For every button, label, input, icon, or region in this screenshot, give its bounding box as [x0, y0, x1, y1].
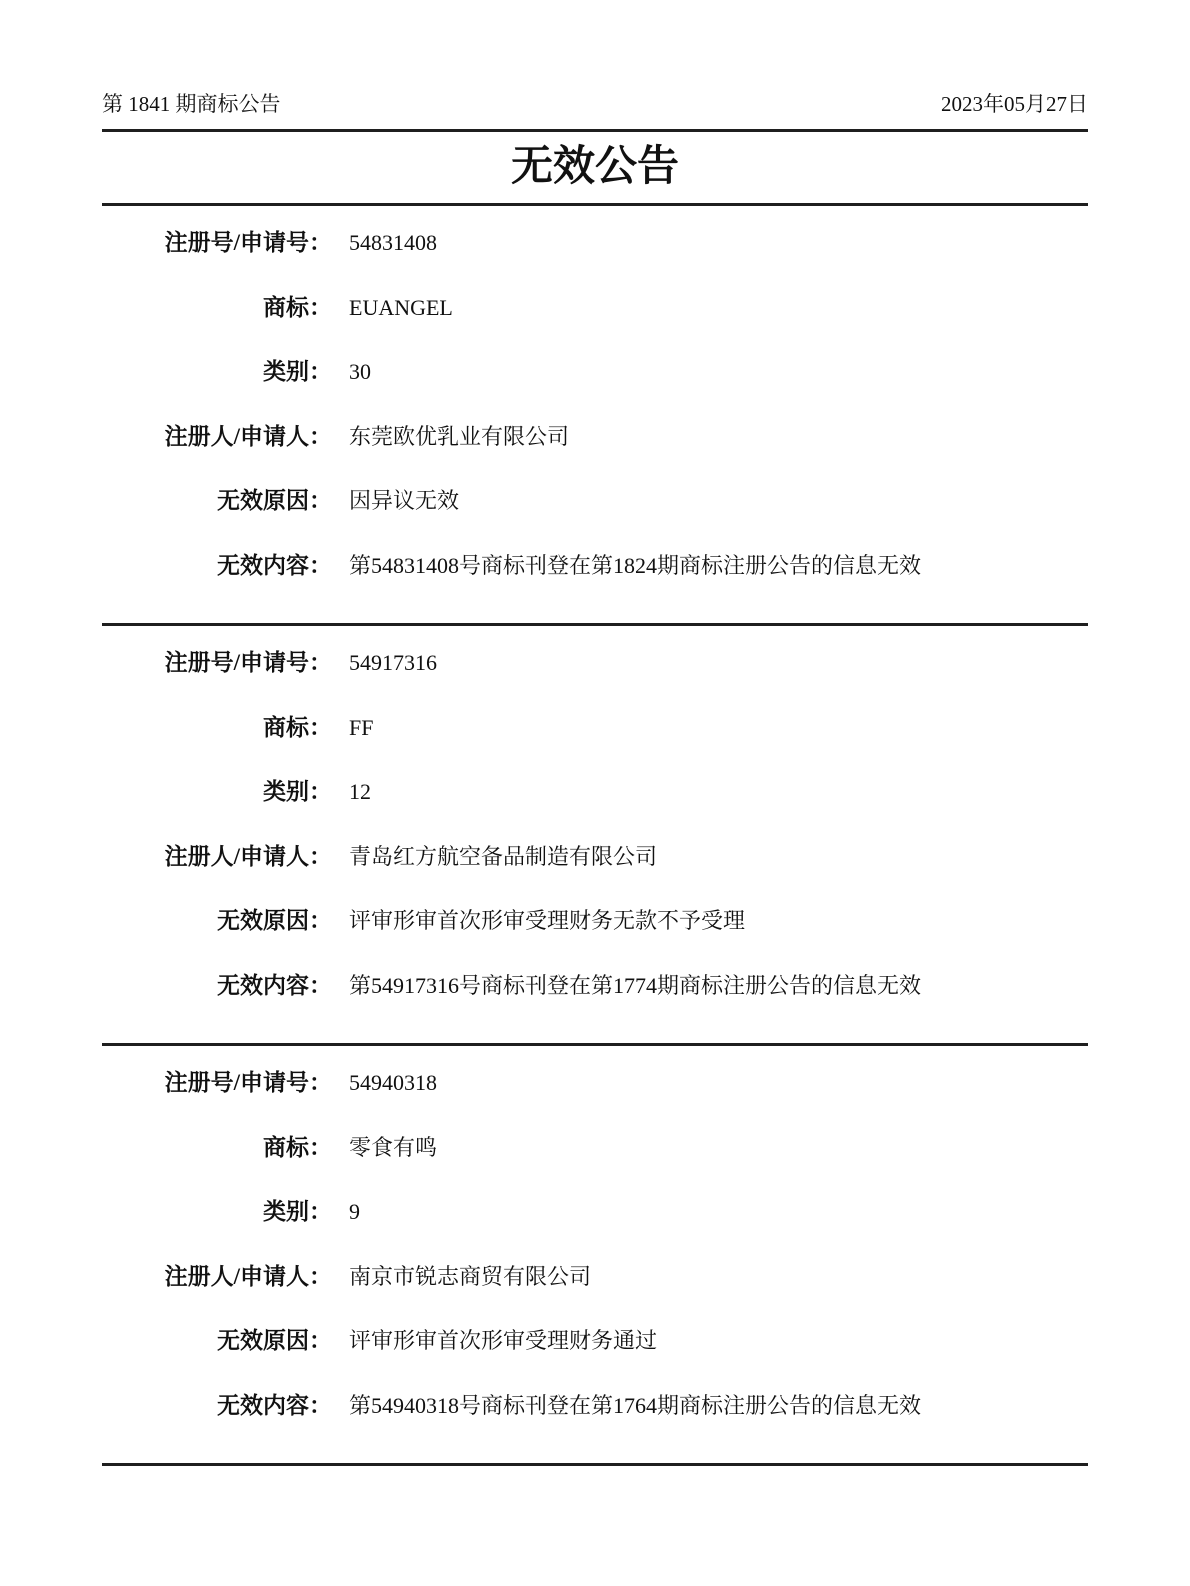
field-value-category: 12 — [349, 777, 371, 807]
issue-number: 第 1841 期商标公告 — [102, 90, 281, 118]
field-value-registrant: 南京市锐志商贸有限公司 — [349, 1262, 591, 1292]
publication-date: 2023年05月27日 — [941, 90, 1088, 118]
field-row-registrant: 注册人/申请人： 东莞欧优乳业有限公司 — [102, 422, 1088, 487]
field-value-content: 第54917316号商标刊登在第1774期商标注册公告的信息无效 — [349, 971, 921, 1001]
invalidation-record: 注册号/申请号： 54831408 商标： EUANGEL 类别： 30 注册人… — [102, 206, 1088, 615]
field-row-content: 无效内容： 第54831408号商标刊登在第1824期商标注册公告的信息无效 — [102, 551, 1088, 616]
field-value-category: 9 — [349, 1197, 360, 1227]
field-value-trademark: EUANGEL — [349, 293, 453, 323]
field-row-trademark: 商标： EUANGEL — [102, 293, 1088, 358]
field-label-reason: 无效原因： — [102, 1326, 332, 1356]
field-row-registrant: 注册人/申请人： 青岛红方航空备品制造有限公司 — [102, 842, 1088, 907]
field-label-reason: 无效原因： — [102, 906, 332, 936]
field-row-trademark: 商标： FF — [102, 713, 1088, 778]
field-value-reg-no: 54831408 — [349, 228, 437, 258]
field-row-category: 类别： 9 — [102, 1197, 1088, 1262]
field-label-reg-no: 注册号/申请号： — [102, 228, 332, 258]
field-value-reason: 评审形审首次形审受理财务无款不予受理 — [349, 906, 745, 936]
field-value-content: 第54831408号商标刊登在第1824期商标注册公告的信息无效 — [349, 551, 921, 581]
field-label-category: 类别： — [102, 777, 332, 807]
field-label-trademark: 商标： — [102, 293, 332, 323]
field-row-reg-no: 注册号/申请号： 54831408 — [102, 228, 1088, 293]
field-label-reason: 无效原因： — [102, 486, 332, 516]
field-label-registrant: 注册人/申请人： — [102, 422, 332, 452]
field-value-trademark: 零食有鸣 — [349, 1133, 437, 1163]
header-divider — [102, 129, 1088, 132]
field-row-reason: 无效原因： 评审形审首次形审受理财务通过 — [102, 1326, 1088, 1391]
field-label-content: 无效内容： — [102, 1391, 332, 1421]
invalidation-record: 注册号/申请号： 54917316 商标： FF 类别： 12 注册人/申请人：… — [102, 626, 1088, 1035]
field-row-reg-no: 注册号/申请号： 54917316 — [102, 648, 1088, 713]
field-row-reg-no: 注册号/申请号： 54940318 — [102, 1068, 1088, 1133]
field-label-category: 类别： — [102, 357, 332, 387]
gazette-page: 第 1841 期商标公告 2023年05月27日 无效公告 注册号/申请号： 5… — [0, 0, 1190, 1586]
invalidation-record: 注册号/申请号： 54940318 商标： 零食有鸣 类别： 9 注册人/申请人… — [102, 1046, 1088, 1455]
field-value-reason: 因异议无效 — [349, 486, 459, 516]
field-label-content: 无效内容： — [102, 551, 332, 581]
page-title: 无效公告 — [102, 141, 1088, 193]
field-value-reg-no: 54917316 — [349, 648, 437, 678]
field-label-reg-no: 注册号/申请号： — [102, 648, 332, 678]
field-label-content: 无效内容： — [102, 971, 332, 1001]
field-row-content: 无效内容： 第54917316号商标刊登在第1774期商标注册公告的信息无效 — [102, 971, 1088, 1036]
field-label-category: 类别： — [102, 1197, 332, 1227]
field-row-registrant: 注册人/申请人： 南京市锐志商贸有限公司 — [102, 1262, 1088, 1327]
field-value-trademark: FF — [349, 713, 373, 743]
field-row-reason: 无效原因： 评审形审首次形审受理财务无款不予受理 — [102, 906, 1088, 971]
field-row-category: 类别： 12 — [102, 777, 1088, 842]
field-value-category: 30 — [349, 357, 371, 387]
field-row-category: 类别： 30 — [102, 357, 1088, 422]
field-label-registrant: 注册人/申请人： — [102, 842, 332, 872]
field-label-registrant: 注册人/申请人： — [102, 1262, 332, 1292]
field-row-reason: 无效原因： 因异议无效 — [102, 486, 1088, 551]
field-value-content: 第54940318号商标刊登在第1764期商标注册公告的信息无效 — [349, 1391, 921, 1421]
field-value-reason: 评审形审首次形审受理财务通过 — [349, 1326, 657, 1356]
field-label-reg-no: 注册号/申请号： — [102, 1068, 332, 1098]
field-row-trademark: 商标： 零食有鸣 — [102, 1133, 1088, 1198]
field-value-reg-no: 54940318 — [349, 1068, 437, 1098]
page-bottom-divider — [102, 1463, 1088, 1466]
field-value-registrant: 青岛红方航空备品制造有限公司 — [349, 842, 657, 872]
field-row-content: 无效内容： 第54940318号商标刊登在第1764期商标注册公告的信息无效 — [102, 1391, 1088, 1456]
field-value-registrant: 东莞欧优乳业有限公司 — [349, 422, 569, 452]
field-label-trademark: 商标： — [102, 713, 332, 743]
field-label-trademark: 商标： — [102, 1133, 332, 1163]
page-header: 第 1841 期商标公告 2023年05月27日 — [102, 0, 1088, 118]
